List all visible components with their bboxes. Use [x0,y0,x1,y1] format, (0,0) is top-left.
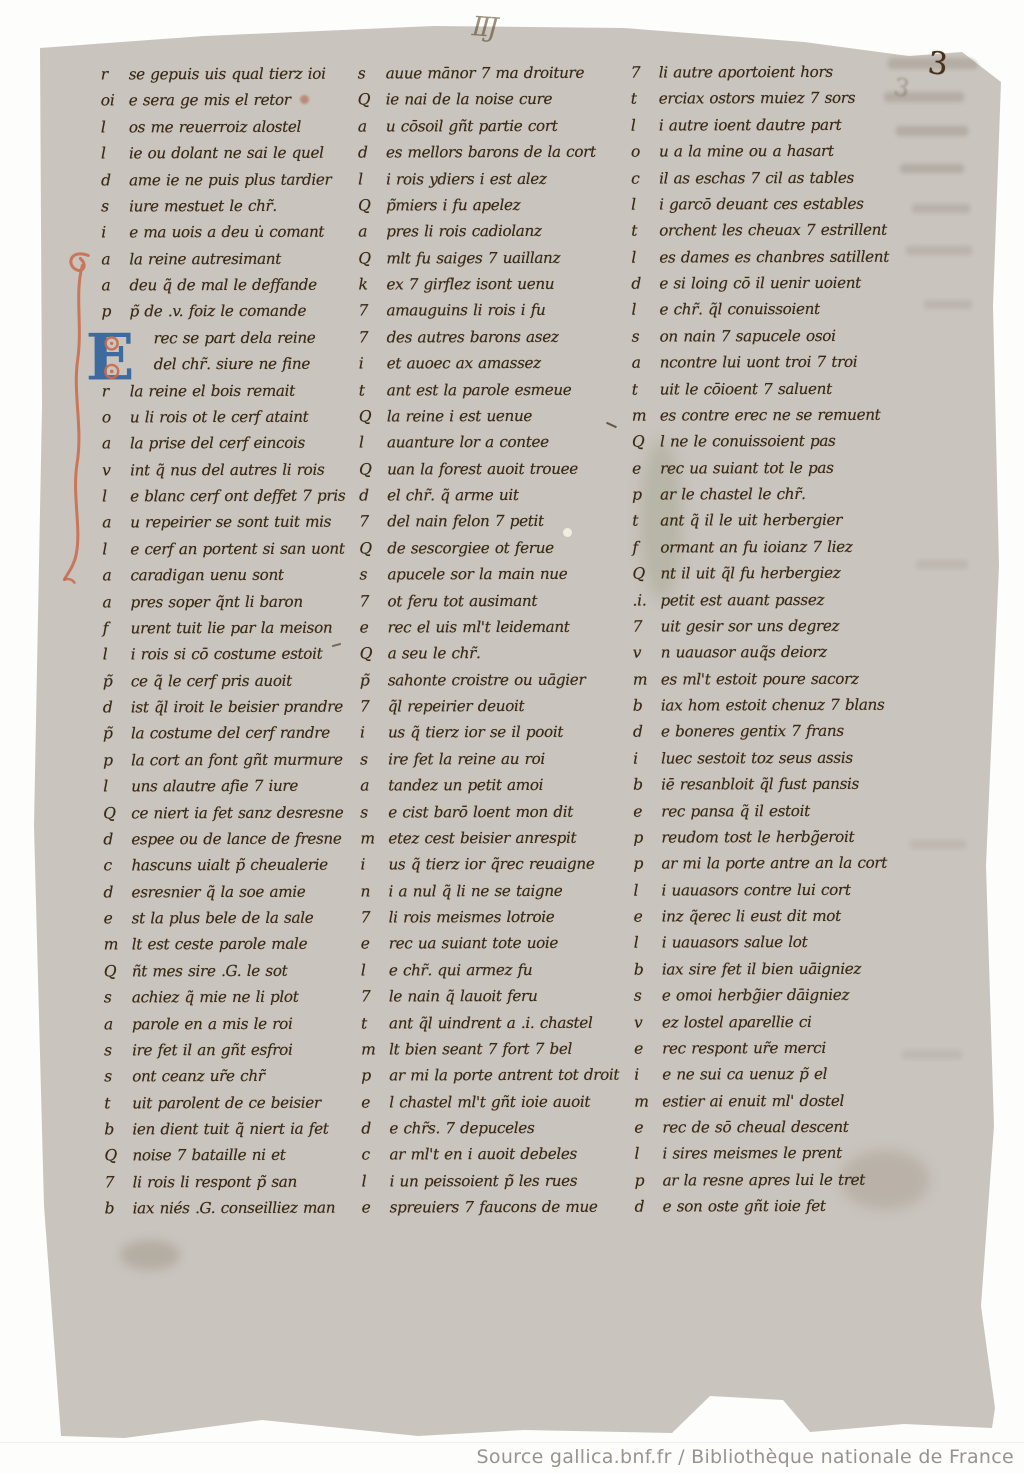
verse-text: sahonte croistre ou uāgier [388,670,586,689]
verse-text: ist q̃l iroit le beisier prandre [131,698,343,717]
verse-text: i sires meismes le prent [662,1144,841,1163]
verse-text: erciax ostors muiez 7 sors [659,89,855,108]
verse-text: des autres barons asez [387,328,559,347]
verse-initial: l [101,144,125,162]
verse-text: e cist barō loent mon dit [388,802,573,821]
verse-text: rec se part dela reine [154,328,316,347]
verse-text: rec el uis ml't leidemant [388,618,570,637]
verse-initial: p [635,1171,659,1189]
verse-initial: l [634,881,658,899]
verse-initial: t [631,90,655,108]
verse-initial: p [633,828,657,846]
verse-text: u cōsoil gñt partie cort [386,117,558,136]
verse-text: rec respont ur̃e merci [662,1039,826,1058]
verse-initial: a [102,435,126,453]
verse-text: e omoi herbg̃ier dāigniez [662,986,849,1005]
verse-text: st la plus bele de la sale [132,909,314,928]
verse-text: uit parolent de ce beisier [132,1093,321,1112]
verse-initial: l [631,195,655,213]
verse-text: iax niés .G. conseilliez man [133,1199,336,1218]
verse-text: le nain q̃ lauoit feru [389,987,538,1006]
verse-text: urent tuit lie par la meison [131,619,333,638]
verse-text: pres li rois cadiolanz [386,222,541,241]
verse-initial: s [104,988,128,1006]
verse-text: noise 7 bataille ni et [132,1146,285,1165]
verse-initial: l [631,301,655,319]
verse-initial: a [101,250,125,268]
verse-text: e ne sui ca uenuz p̃ el [662,1065,827,1084]
verse-text: caradigan uenu sont [130,566,283,585]
verse-initial: e [634,1118,658,1136]
verse-initial: m [104,936,128,954]
verse-text: n uauasor auq̃s deiorz [661,643,827,662]
verse-initial: p̃ [103,725,127,743]
verse-initial: l [359,434,383,452]
verse-text: e chr̃. qui armez fu [389,961,533,980]
verse-text: ar le chastel le chr̃. [660,485,805,504]
verse-initial: Q [358,91,382,109]
verse-text: nt il uit q̃l fu herbergiez [660,564,840,583]
verse-initial: t [632,512,656,530]
verse-text: ire fet il an gñt esfroi [132,1041,292,1060]
verse-text: tandez un petit amoi [388,776,543,795]
verse-initial: f [632,538,656,556]
verse-initial: e [633,802,657,820]
pen-flourish [58,247,99,583]
verse-text: la costume del cerf randre [131,724,330,743]
verse-initial: s [634,987,658,1005]
verse-text: e son oste gñt ioie fet [663,1197,826,1216]
verse-initial: e [361,935,385,953]
verse-text: es mellors barons de la cort [386,143,596,162]
text-column-3: 7li autre aportoient horsterciax ostors … [631,62,635,1222]
verse-text: luec sestoit toz seus assis [661,749,853,768]
verse-text: p̃ de .v. foiz le comande [129,302,306,321]
verse-text: uit le cōioent 7 saluent [660,379,832,398]
verse-text: li rois meismes lotroie [389,908,555,927]
verse-initial: a [632,354,656,372]
verse-text: amauguins li rois i fu [386,301,545,320]
verse-text: rec pansa q̃ il estoit [661,801,810,820]
verse-initial: d [359,486,383,504]
verse-initial: l [634,1145,658,1163]
verse-text: la reine el bois remait [130,381,295,400]
verse-initial: s [104,1041,128,1059]
verse-text: u li rois ot le cerf ataint [130,408,309,427]
verse-initial: r [101,65,125,83]
verse-text: ar la resne apres lui le tret [663,1171,866,1190]
verse-text: ont ceanz ur̃e chr̃ [132,1067,265,1085]
verse-text: u repeirier se sont tuit mis [130,513,331,532]
verse-text: os me reuerroiz alostel [129,117,301,136]
verse-initial: m [632,406,656,424]
verse-initial: e [634,1039,658,1057]
verse-initial: t [104,1094,128,1112]
verse-text: la reine autresimant [129,249,281,268]
verse-initial: a [358,117,382,135]
verse-initial: Q [359,407,383,425]
verse-initial: i [360,724,384,742]
verse-initial: v [102,461,126,479]
verse-initial: m [361,1040,385,1058]
source-footer: Source gallica.bnf.fr / Bibliothèque nat… [0,1442,1024,1473]
verse-text: u a la mine ou a hasart [659,142,834,161]
verse-text: petit est auant passez [660,590,824,609]
verse-text: lt bien seant 7 fort 7 bel [389,1040,572,1059]
verse-initial: Q [104,962,128,980]
verse-initial: c [631,169,655,187]
verse-text: es dames es chanbres satillent [659,247,889,266]
verse-initial: Q [104,1147,128,1165]
verse-initial: p [633,855,657,873]
verse-initial: e [632,459,656,477]
verse-text: inz q̃erec li eust dit mot [662,907,841,926]
verse-initial: s [358,64,382,82]
verse-text: es ml't estoit poure sacorz [661,669,859,688]
verse-text: uan la forest auoit trouee [387,459,578,478]
verse-text: etez cest beisier anrespit [388,829,576,848]
verse-initial: p [103,751,127,769]
verse-initial: m [634,1092,658,1110]
verse-initial: l [631,116,655,134]
verse-initial: a [102,514,126,532]
verse-initial: Q [360,645,384,663]
verse-initial: l [634,934,658,952]
verse-text: i uauasors contre lui cort [662,880,851,899]
verse-text: parole en a mis le roi [132,1014,293,1033]
verse-initial: p̃ [103,672,127,690]
verse-text: ant q̃ il le uit herbergier [660,511,842,530]
verse-text: ce niert ia fet sanz desresne [131,803,343,822]
verse-initial: i [633,749,657,767]
verse-initial: Q [632,433,656,451]
verse-initial: i [359,355,383,373]
verse-text: ormant an fu ioianz 7 liez [660,538,852,557]
verse-initial: p [361,1067,385,1085]
verse-initial: l [102,487,126,505]
verse-initial: Q [632,565,656,583]
verse-text: ñt mes sire .G. le sot [132,962,288,981]
verse-initial: l [101,118,125,136]
verse-initial: d [101,171,125,189]
verse-text: espee ou de lance de fresne [131,829,341,848]
verse-text: on nain 7 sapucele osoi [660,327,836,346]
verse-initial: o [102,408,126,426]
verse-text: iax sire fet il bien uāigniez [662,960,861,979]
verse-text: i un peissoient p̃ les rues [390,1172,578,1191]
verse-initial: i [634,1066,658,1084]
verse-initial: d [358,144,382,162]
verse-text: i autre ioent dautre part [659,116,842,135]
source-attribution: Source gallica.bnf.fr / Bibliothèque nat… [477,1443,1014,1472]
verse-text: iē resanbloit q̃l fust pansis [661,775,859,794]
verse-text: ie nai de la noise cure [386,90,552,109]
verse-initial: Q [103,804,127,822]
verse-initial: l [102,540,126,558]
verse-initial: l [361,961,385,979]
verse-initial: d [633,723,657,741]
verse-initial: 7 [360,697,384,715]
verse-initial: e [362,1199,386,1217]
verse-initial: l [103,777,127,795]
verse-text: ame ie ne puis plus tardier [129,170,331,189]
verse-text: auanture lor a contee [387,433,549,452]
verse-text: se gepuis uis qual tierz ioi [129,65,326,84]
verse-text: la cort an font gñt murmure [131,750,343,769]
verse-initial: 7 [105,1173,129,1191]
verse-text: mlt fu saiges 7 uaillanz [386,248,560,267]
verse-text: il as eschas 7 cil as tables [659,168,854,187]
verse-text: ez lostel aparellie ci [662,1012,812,1031]
decorated-initial-e: E [85,321,147,395]
verse-text: l chastel ml't gñt ioie auoit [389,1092,590,1111]
verse-initial: s [632,327,656,345]
verse-text: de sescorgiee ot ferue [387,539,553,558]
verse-initial: t [361,1014,385,1032]
verse-initial: p̃ [360,671,384,689]
verse-initial: d [104,883,128,901]
verse-initial: p [632,485,656,503]
verse-initial: m [360,829,384,847]
verse-text: ar mi la porte antre an la cort [661,854,887,873]
verse-initial: s [104,1068,128,1086]
verse-text: uit gesir sor uns degrez [661,617,840,636]
verse-text: iax hom estoit chenuz 7 blans [661,696,885,715]
verse-text: i rois si cō costume estoit [131,645,323,664]
verse-text: pres soper q̃nt li baron [130,592,302,611]
verse-initial: a [104,1015,128,1033]
verse-initial: s [101,197,125,215]
verse-text: e cerf an portent si san uont [130,539,344,558]
verse-text: us q̃ tierz ior q̃rec reuaigne [388,855,594,874]
verse-text: p̃miers i fu apelez [386,196,520,214]
verse-initial: o [631,143,655,161]
verse-text: e boneres gentix 7 frans [661,722,844,741]
verse-text: ie ou dolant ne sai le quel [129,144,324,163]
verse-initial: 7 [358,302,382,320]
verse-initial: b [105,1199,129,1217]
verse-initial: i [360,856,384,874]
verse-initial: 7 [359,513,383,531]
verse-text: la reine i est uenue [387,407,532,426]
verse-text: li rois li respont p̃ san [133,1173,297,1192]
verse-text: la prise del cerf eincois [130,434,305,453]
verse-initial: l [631,248,655,266]
verse-text: ar ml't en i auoit debeles [389,1145,577,1164]
verse-text: i a nul q̃ li ne se taigne [389,881,563,900]
verse-text: del nain felon 7 petit [387,512,544,531]
verse-initial: b [634,960,658,978]
verse-initial: p [101,303,125,321]
verse-initial: b [633,776,657,794]
verse-text: orchent les cheuax 7 estrillent [659,221,887,240]
verse-text: reudom tost le herbg̃eroit [661,828,854,847]
gallica-scan: IIJ 3 3 rse gepuis uis qual tierz ioioie… [0,0,1024,1473]
verse-text: iure mestuet le chr̃. [129,197,277,216]
verse-text: apucele sor la main nue [387,565,567,584]
verse-initial: l [358,170,382,188]
verse-text: us q̃ tierz ior se il pooit [388,723,563,742]
verse-initial: l [103,646,127,664]
verse-text: spreuiers 7 faucons de mue [390,1198,598,1217]
verse-initial: Q [358,249,382,267]
verse-initial: l [362,1172,386,1190]
verse-initial: s [360,750,384,768]
verse-text: achiez q̃ mie ne li plot [132,988,299,1007]
verse-text: hascuns uialt p̃ cheualerie [131,856,327,875]
verse-initial: d [103,830,127,848]
verse-initial: i [101,224,125,242]
verse-initial: t [359,381,383,399]
verse-initial: v [634,1013,658,1031]
verse-initial: k [358,275,382,293]
verse-initial: a [358,223,382,241]
initial-letter: E [86,321,135,395]
verse-initial: Q [358,196,382,214]
verse-text: ce q̃ le cerf pris auoit [131,671,292,690]
verse-text: i garcō deuant ces estables [659,195,863,214]
verse-text: e sera ge mis el retor [129,91,291,110]
verse-text: deu q̃ de mal le deffande [129,276,316,295]
text-column-2: sauue mānor 7 ma droitureQie nai de la n… [358,63,362,1223]
verse-initial: e [104,909,128,927]
verse-text: rec ua suiant tote uoie [389,934,558,953]
verse-initial: a [102,566,126,584]
verse-initial: b [633,696,657,714]
verse-initial: Q [359,539,383,557]
verse-text: e chr̃s. 7 depuceles [389,1119,534,1138]
verse-text: a seu le chr̃. [388,644,481,662]
verse-text: ant est la parole esmeue [387,380,572,399]
verse-initial: s [360,803,384,821]
verse-initial: Q [359,460,383,478]
verse-text: ncontre lui uont troi 7 troi [660,353,858,372]
verse-initial: f [103,619,127,637]
verse-text: lt est ceste parole male [132,935,308,954]
text-column-1: rse gepuis uis qual tierz ioioie sera ge… [101,63,105,1223]
verse-initial: a [360,777,384,795]
verse-text: del chr̃. siure ne fine [154,355,310,374]
verse-initial: e [361,1093,385,1111]
verse-initial: d [635,1198,659,1216]
verse-text: ot feru tot ausimant [387,591,537,610]
verse-initial: a [101,276,125,294]
verse-text: et auoec ax amassez [387,354,541,373]
verse-text: es contre erec ne se remuent [660,406,881,425]
verse-text: ire fet la reine au roi [388,750,545,769]
verse-text: q̃l repeirier deuoit [388,697,524,715]
verse-text: ien dient tuit q̃ niert ia fet [132,1120,328,1139]
verse-initial: 7 [359,592,383,610]
verse-initial: oi [101,92,125,110]
verse-initial: 7 [633,617,657,635]
verse-initial: 7 [361,908,385,926]
verse-initial: c [103,857,127,875]
verse-initial: e [360,618,384,636]
verse-initial: e [634,907,658,925]
verse-initial: .i. [632,591,656,609]
verse-initial: s [359,566,383,584]
verse-initial: d [631,274,655,292]
verse-initial: d [361,1119,385,1137]
verse-text: e chr̃. q̃l conuissoient [659,300,819,319]
verse-initial: m [633,670,657,688]
verse-initial: b [104,1120,128,1138]
verse-text: ar mi la porte antrent tot droit [389,1066,619,1085]
verse-initial: n [361,882,385,900]
verse-text: e blanc cerf ont deffet 7 pris [130,487,345,506]
verse-text: ant q̃l uindrent a .i. chastel [389,1013,592,1032]
verse-text: li autre aportoient hors [659,63,833,82]
verse-text: i rois ydiers i est alez [386,169,547,188]
verse-text: el chr̃. q̃ arme uit [387,486,518,504]
verse-initial: 7 [359,328,383,346]
verse-text: i uauasors salue lot [662,933,808,952]
verse-text: int q̃ nus del autres li rois [130,460,324,479]
verse-initial: 7 [361,988,385,1006]
verse-text: rec de sō cheual descent [662,1118,848,1137]
verse-text: rec ua suiant tot le pas [660,459,834,478]
verse-text: l ne le conuissoient pas [660,432,836,451]
verse-initial: t [632,380,656,398]
verse-text: e si loing cō il uenir uoient [659,274,861,293]
verse-initial: t [631,222,655,240]
verse-text: ex 7 girflez isont uenu [386,275,554,294]
verse-initial: c [361,1146,385,1164]
verse-text: estier ai enuit ml' dostel [662,1091,844,1110]
verse-initial: a [102,593,126,611]
verse-text: uns alautre afie 7 iure [131,777,298,796]
verse-text: e ma uois a deu u̇ comant [129,223,324,242]
verse-text: esresnier q̃ la soe amie [132,882,306,901]
verse-initial: v [633,644,657,662]
verse-text: auue mānor 7 ma droiture [386,64,584,83]
verse-initial: d [103,698,127,716]
text-block: rse gepuis uis qual tierz ioioie sera ge… [0,0,1024,1473]
verse-initial: 7 [631,63,655,81]
